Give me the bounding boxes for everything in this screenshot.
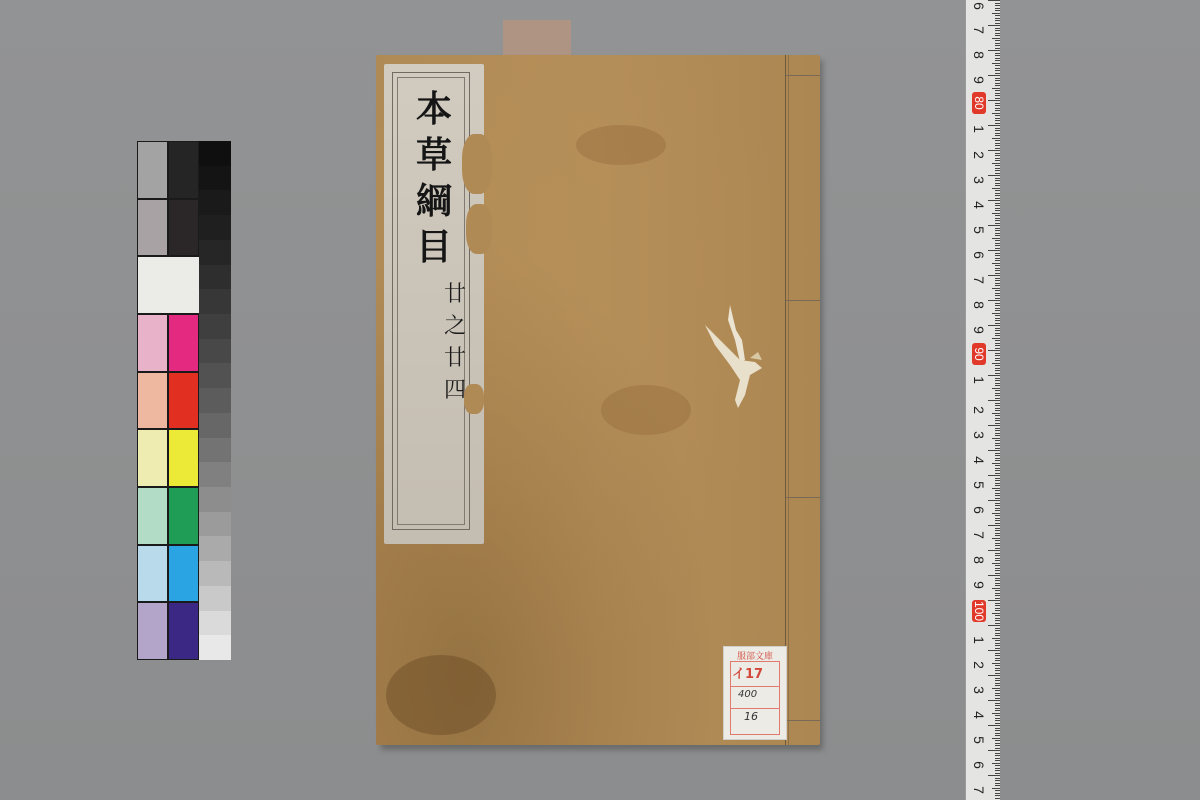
ruler-tick (995, 78, 1000, 79)
ruler-tick (988, 150, 1000, 151)
ruler-tick (995, 148, 1000, 149)
ruler-tick (995, 265, 1000, 266)
ruler-tick (995, 253, 1000, 254)
ruler-tick (995, 543, 1000, 544)
ruler-tick (988, 650, 1000, 651)
color-patch (169, 488, 198, 544)
ruler-tick (995, 315, 1000, 316)
ruler-tick (995, 618, 1000, 619)
color-patch (169, 142, 198, 198)
ruler-tick (995, 733, 1000, 734)
ruler-tick (992, 363, 1000, 364)
gray-step (199, 611, 231, 636)
ruler-tick (995, 368, 1000, 369)
ruler-tick (995, 305, 1000, 306)
ruler-tick (995, 383, 1000, 384)
ruler-tick (995, 470, 1000, 471)
ruler-tick (995, 360, 1000, 361)
ruler-tick (995, 608, 1000, 609)
ruler-tick (995, 273, 1000, 274)
ruler-tick (988, 750, 1000, 751)
ruler-tick (995, 743, 1000, 744)
binding-fold-line (788, 55, 789, 745)
title-char: 草 (409, 132, 459, 178)
ruler-tick (995, 248, 1000, 249)
ruler-tick (988, 75, 1000, 76)
ruler-tick (995, 135, 1000, 136)
ruler-tick (995, 783, 1000, 784)
ruler-tick (995, 140, 1000, 141)
call-number: イ17 (732, 663, 763, 682)
ruler-tick (995, 505, 1000, 506)
color-patch (138, 603, 167, 659)
ruler-tick (992, 413, 1000, 414)
ruler-tick (995, 385, 1000, 386)
ruler-tick (995, 478, 1000, 479)
ruler-tick (995, 720, 1000, 721)
ruler-tick (995, 680, 1000, 681)
ruler-tick (995, 395, 1000, 396)
ruler-tick (995, 493, 1000, 494)
ruler-tick (995, 180, 1000, 181)
ruler-tick (995, 255, 1000, 256)
ruler-tick (992, 138, 1000, 139)
ruler-tick (995, 555, 1000, 556)
ruler-tick (995, 240, 1000, 241)
color-patch (138, 200, 167, 256)
ruler-label: 3 (971, 169, 987, 191)
ruler-tick (995, 365, 1000, 366)
ruler-tick (988, 325, 1000, 326)
ruler-tick (995, 310, 1000, 311)
ruler-tick (988, 700, 1000, 701)
ruler-tick (992, 788, 1000, 789)
ruler-tick (995, 318, 1000, 319)
ruler-tick (995, 578, 1000, 579)
ruler-tick (992, 538, 1000, 539)
ruler-tick (995, 708, 1000, 709)
ruler-tick (995, 203, 1000, 204)
ruler-tick (995, 495, 1000, 496)
color-patch (169, 373, 198, 429)
ruler-tick (995, 373, 1000, 374)
ruler-tick (995, 35, 1000, 36)
ruler-tick (995, 640, 1000, 641)
binding-stitch (786, 75, 820, 76)
ruler-label: 6 (971, 499, 987, 521)
ruler-tick (995, 128, 1000, 129)
ruler-label: 4 (971, 704, 987, 726)
ruler-label: 9 (971, 69, 987, 91)
ruler-tick (995, 143, 1000, 144)
paper-damage (700, 300, 780, 410)
ruler-tick (995, 290, 1000, 291)
ruler-tick (995, 533, 1000, 534)
ruler-tick (995, 280, 1000, 281)
ruler-tick (995, 260, 1000, 261)
ruler-tick (988, 425, 1000, 426)
ruler-tick (995, 130, 1000, 131)
ruler-tick (995, 158, 1000, 159)
ruler-tick (995, 120, 1000, 121)
ruler-tick (995, 43, 1000, 44)
ruler-tick (995, 145, 1000, 146)
ruler-tick (995, 370, 1000, 371)
ruler-tick (995, 755, 1000, 756)
ruler-tick (988, 375, 1000, 376)
ruler-tick (995, 630, 1000, 631)
ruler-label: 1 (971, 629, 987, 651)
ruler-tick (995, 393, 1000, 394)
color-patch (138, 546, 167, 602)
color-checker-card (137, 141, 231, 660)
ruler-tick (995, 190, 1000, 191)
ruler-tick (995, 220, 1000, 221)
ruler-tick (995, 278, 1000, 279)
ruler-tick (988, 675, 1000, 676)
ruler-tick (995, 183, 1000, 184)
ruler-tick (995, 518, 1000, 519)
ruler-tick (988, 500, 1000, 501)
ruler-tick (995, 460, 1000, 461)
ruler-tick (992, 388, 1000, 389)
gray-step (199, 363, 231, 388)
label-row-divider (731, 708, 779, 709)
ruler-tick (992, 113, 1000, 114)
ruler-tick (995, 233, 1000, 234)
ruler-tick (995, 735, 1000, 736)
ruler-tick (995, 548, 1000, 549)
ruler-label: 2 (971, 144, 987, 166)
ruler-tick (995, 330, 1000, 331)
ruler-tick (995, 378, 1000, 379)
ruler-tick (995, 723, 1000, 724)
ruler-tick (995, 615, 1000, 616)
ruler-tick (992, 313, 1000, 314)
ruler-tick (995, 693, 1000, 694)
ruler-tick (995, 93, 1000, 94)
ruler-tick (988, 125, 1000, 126)
ruler-tick (992, 38, 1000, 39)
ruler-tick (995, 30, 1000, 31)
ruler-tick (995, 485, 1000, 486)
ruler-tick (988, 475, 1000, 476)
ruler-tick (995, 283, 1000, 284)
ruler-tick (992, 688, 1000, 689)
ruler-tick (995, 418, 1000, 419)
ruler-tick (995, 48, 1000, 49)
ruler-tick (988, 300, 1000, 301)
ruler-tick (995, 403, 1000, 404)
ruler-tick (995, 458, 1000, 459)
ruler-tick (995, 420, 1000, 421)
ruler-tick (995, 745, 1000, 746)
ruler-tick (988, 25, 1000, 26)
ruler-tick (995, 740, 1000, 741)
ruler-tick (995, 123, 1000, 124)
ruler-tick (995, 765, 1000, 766)
ruler-tick (995, 520, 1000, 521)
ruler-tick (995, 70, 1000, 71)
ruler-label: 2 (971, 399, 987, 421)
label-row-divider (731, 686, 779, 687)
ruler-tick (995, 85, 1000, 86)
ruler-label: 7 (971, 524, 987, 546)
ruler-label: 1 (971, 369, 987, 391)
ruler-tick (995, 18, 1000, 19)
ruler-tick (995, 83, 1000, 84)
ruler-tick (995, 473, 1000, 474)
ruler-tick (988, 200, 1000, 201)
ruler-tick (995, 153, 1000, 154)
ruler-tick (995, 685, 1000, 686)
ruler-tick (995, 728, 1000, 729)
ruler-tick (995, 580, 1000, 581)
ruler-tick (988, 225, 1000, 226)
ruler-tick (995, 270, 1000, 271)
book-title: 本 草 綱 目 (409, 86, 459, 270)
ruler-tick (995, 455, 1000, 456)
ruler-tick (995, 643, 1000, 644)
ruler-tick (995, 215, 1000, 216)
volume-char: 廿 (440, 343, 470, 375)
ruler-tick (995, 210, 1000, 211)
ruler-tick (995, 45, 1000, 46)
ruler-tick (995, 185, 1000, 186)
ruler-tick (995, 345, 1000, 346)
ruler-label: 8 (971, 294, 987, 316)
gray-step (199, 462, 231, 487)
ruler-tick (995, 583, 1000, 584)
ruler-tick (995, 3, 1000, 4)
ruler-tick (995, 8, 1000, 9)
ruler-label: 2 (971, 654, 987, 676)
gray-step (199, 215, 231, 240)
ruler-tick (995, 465, 1000, 466)
ruler-tick (995, 423, 1000, 424)
ruler-tick (995, 710, 1000, 711)
color-patch (169, 315, 198, 371)
ruler-tick (995, 223, 1000, 224)
ruler-tick (995, 665, 1000, 666)
ruler-tick (995, 620, 1000, 621)
ruler-tick (988, 0, 1000, 1)
gray-step (199, 166, 231, 191)
ruler-label: 8 (971, 44, 987, 66)
gray-step (199, 314, 231, 339)
gray-step (199, 190, 231, 215)
ruler-tick (988, 50, 1000, 51)
ruler-tick (995, 165, 1000, 166)
ruler-tick (995, 590, 1000, 591)
ruler-tick (995, 703, 1000, 704)
ruler-tick (995, 15, 1000, 16)
ruler-tick (995, 655, 1000, 656)
ruler-label: 7 (971, 779, 987, 800)
ruler-tick (995, 243, 1000, 244)
ruler-tick (995, 390, 1000, 391)
gray-step (199, 141, 231, 166)
binding-stitch (786, 497, 820, 498)
ruler-tick (995, 695, 1000, 696)
ruler-label: 5 (971, 219, 987, 241)
gray-step (199, 512, 231, 537)
ruler-tick (995, 293, 1000, 294)
ruler-tick (995, 258, 1000, 259)
ruler-tick (992, 713, 1000, 714)
ruler-tick (995, 730, 1000, 731)
color-patch (169, 546, 198, 602)
ruler-tick (995, 205, 1000, 206)
ruler-tick (995, 433, 1000, 434)
grayscale-strip (199, 141, 231, 660)
volume-char: 廿 (440, 279, 470, 311)
gray-step (199, 635, 231, 660)
ruler-tick (995, 323, 1000, 324)
ruler-tick (995, 33, 1000, 34)
ruler-tick (995, 565, 1000, 566)
ruler-tick (995, 658, 1000, 659)
ruler-tick (995, 328, 1000, 329)
ruler-tick (995, 670, 1000, 671)
handwritten-number: 400 (738, 689, 757, 700)
ruler-tick (995, 65, 1000, 66)
ruler-tick (995, 303, 1000, 304)
measuring-ruler: 678980123456789901234567891001234567 (965, 0, 1000, 800)
ruler-tick (995, 523, 1000, 524)
binding-stitch (786, 300, 820, 301)
ruler-tick (995, 10, 1000, 11)
ruler-tick (995, 218, 1000, 219)
ruler-tick (995, 573, 1000, 574)
ruler-tick (995, 55, 1000, 56)
ruler-tick (995, 490, 1000, 491)
binding-stitch (786, 720, 820, 721)
ruler-tick (995, 790, 1000, 791)
ruler-tick (995, 443, 1000, 444)
ruler-tick (988, 350, 1000, 351)
ruler-tick (995, 348, 1000, 349)
ruler-tick (995, 648, 1000, 649)
ruler-tick (995, 155, 1000, 156)
ruler-tick (995, 408, 1000, 409)
ruler-tick (988, 625, 1000, 626)
stain (576, 125, 666, 165)
ruler-tick (995, 198, 1000, 199)
ruler-tick (995, 780, 1000, 781)
ruler-tick (992, 213, 1000, 214)
title-char: 本 (409, 86, 459, 132)
ruler-tick (992, 613, 1000, 614)
ruler-tick (995, 633, 1000, 634)
slip-tear (462, 134, 492, 194)
gray-step (199, 339, 231, 364)
ruler-label: 3 (971, 424, 987, 446)
ruler-label: 1 (971, 118, 987, 140)
gray-step (199, 438, 231, 463)
ruler-tick (995, 758, 1000, 759)
ruler-tick (995, 498, 1000, 499)
ruler-tick (995, 568, 1000, 569)
ruler-tick (995, 535, 1000, 536)
color-patch (138, 430, 167, 486)
ruler-tick (995, 530, 1000, 531)
ruler-tick (995, 778, 1000, 779)
gray-step (199, 586, 231, 611)
ruler-tick (995, 683, 1000, 684)
ruler-tick (995, 668, 1000, 669)
ruler-tick (995, 110, 1000, 111)
ruler-tick (995, 5, 1000, 6)
ruler-tick (995, 398, 1000, 399)
ruler-tick (995, 103, 1000, 104)
stain (386, 655, 496, 735)
color-patch (169, 430, 198, 486)
ruler-tick (995, 405, 1000, 406)
ruler-tick (995, 645, 1000, 646)
ruler-tick (992, 13, 1000, 14)
gray-step (199, 265, 231, 290)
color-patch (138, 315, 167, 371)
ruler-tick (995, 480, 1000, 481)
ruler-tick (995, 635, 1000, 636)
ruler-tick (995, 760, 1000, 761)
ruler-label: 6 (971, 754, 987, 776)
ruler-tick (995, 168, 1000, 169)
ruler-tick (995, 335, 1000, 336)
ruler-tick (988, 550, 1000, 551)
ruler-tick (995, 503, 1000, 504)
ruler-tick (995, 483, 1000, 484)
ruler-tick (995, 753, 1000, 754)
ruler-tick (995, 510, 1000, 511)
gray-step (199, 289, 231, 314)
ruler-tick (995, 320, 1000, 321)
ruler-tick (992, 188, 1000, 189)
ruler-tick (995, 545, 1000, 546)
ruler-tick (995, 108, 1000, 109)
ruler-label: 5 (971, 729, 987, 751)
ruler-tick (995, 623, 1000, 624)
ruler-label: 9 (971, 319, 987, 341)
ruler-tick (995, 435, 1000, 436)
ruler-label: 5 (971, 474, 987, 496)
ruler-tick (995, 558, 1000, 559)
ruler-tick (992, 513, 1000, 514)
ruler-tick (995, 28, 1000, 29)
ruler-tick (995, 610, 1000, 611)
ruler-tick (995, 690, 1000, 691)
ruler-label: 4 (971, 449, 987, 471)
ruler-tick (995, 68, 1000, 69)
ruler-tick (995, 40, 1000, 41)
ruler-tick (995, 105, 1000, 106)
ruler-tick (995, 698, 1000, 699)
ruler-tick (995, 333, 1000, 334)
title-char: 目 (409, 224, 459, 270)
ruler-tick (995, 170, 1000, 171)
ruler-tick (995, 430, 1000, 431)
color-patch (138, 373, 167, 429)
ruler-tick (995, 440, 1000, 441)
ruler-tick (995, 653, 1000, 654)
ruler-tick (988, 275, 1000, 276)
ruler-label: 100 (972, 600, 986, 622)
ruler-tick (995, 230, 1000, 231)
ruler-tick (995, 445, 1000, 446)
ruler-tick (995, 208, 1000, 209)
ruler-tick (992, 463, 1000, 464)
